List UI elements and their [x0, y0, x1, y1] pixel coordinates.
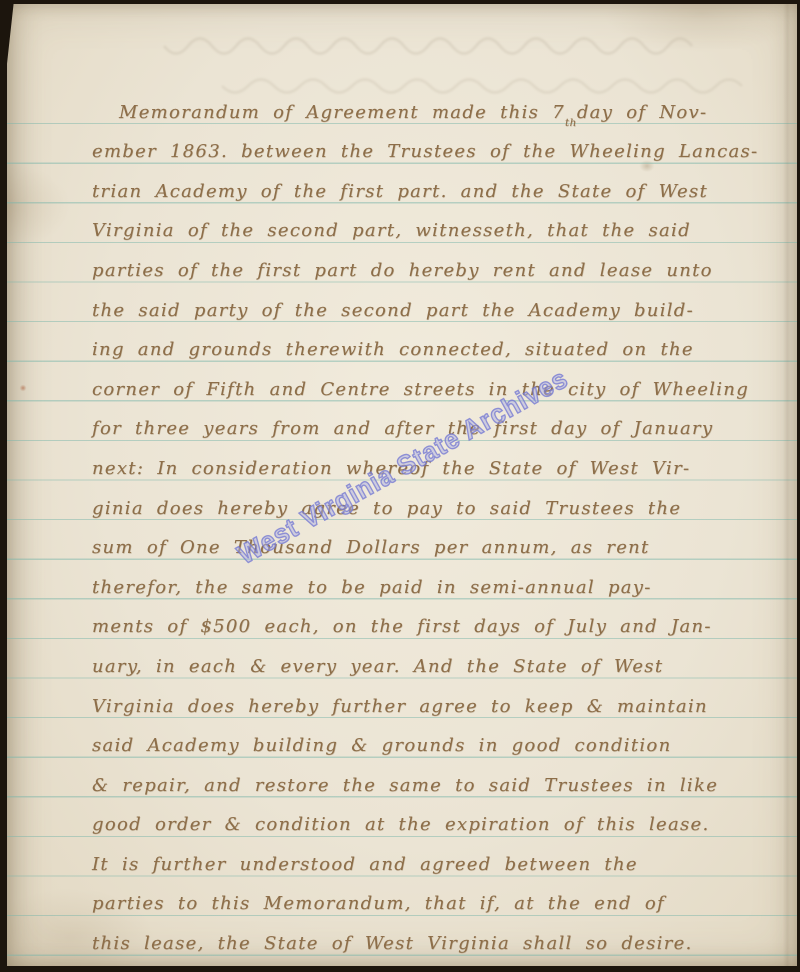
manuscript-page: Memorandum of Agreement made this 7th da…	[7, 4, 797, 966]
document-lines: Memorandum of Agreement made this 7th da…	[92, 86, 785, 957]
handwriting-line: Memorandum of Agreement made this 7th da…	[92, 86, 785, 126]
scan-frame: Memorandum of Agreement made this 7th da…	[0, 0, 800, 972]
handwriting-line: said Academy building & grounds in good …	[92, 720, 785, 760]
handwriting-line: good order & condition at the expiration…	[92, 799, 785, 839]
handwriting-line: & repair, and restore the same to said T…	[92, 759, 785, 799]
handwriting-line: trian Academy of the first part. and the…	[92, 165, 785, 205]
handwriting-line: this lease, the State of West Virginia s…	[92, 917, 785, 957]
handwriting-line: ember 1863. between the Trustees of the …	[92, 126, 785, 166]
handwriting-line: the said party of the second part the Ac…	[92, 284, 785, 324]
handwriting-line: uary, in each & every year. And the Stat…	[92, 640, 785, 680]
handwriting-line: ing and grounds therewith connected, sit…	[92, 324, 785, 364]
handwriting-line: corner of Fifth and Centre streets in th…	[92, 363, 785, 403]
handwriting-line: parties to this Memorandum, that if, at …	[92, 878, 785, 918]
handwriting-line: sum of One Thousand Dollars per annum, a…	[92, 522, 785, 562]
handwriting-line: ments of $500 each, on the first days of…	[92, 601, 785, 641]
handwriting-line: ginia does hereby agree to pay to said T…	[92, 482, 785, 522]
handwriting-line: It is further understood and agreed betw…	[92, 838, 785, 878]
handwriting-line: parties of the first part do hereby rent…	[92, 244, 785, 284]
handwriting-line: Virginia of the second part, witnesseth,…	[92, 205, 785, 245]
handwriting-line: Virginia does hereby further agree to ke…	[92, 680, 785, 720]
handwriting-line: therefor, the same to be paid in semi-an…	[92, 561, 785, 601]
